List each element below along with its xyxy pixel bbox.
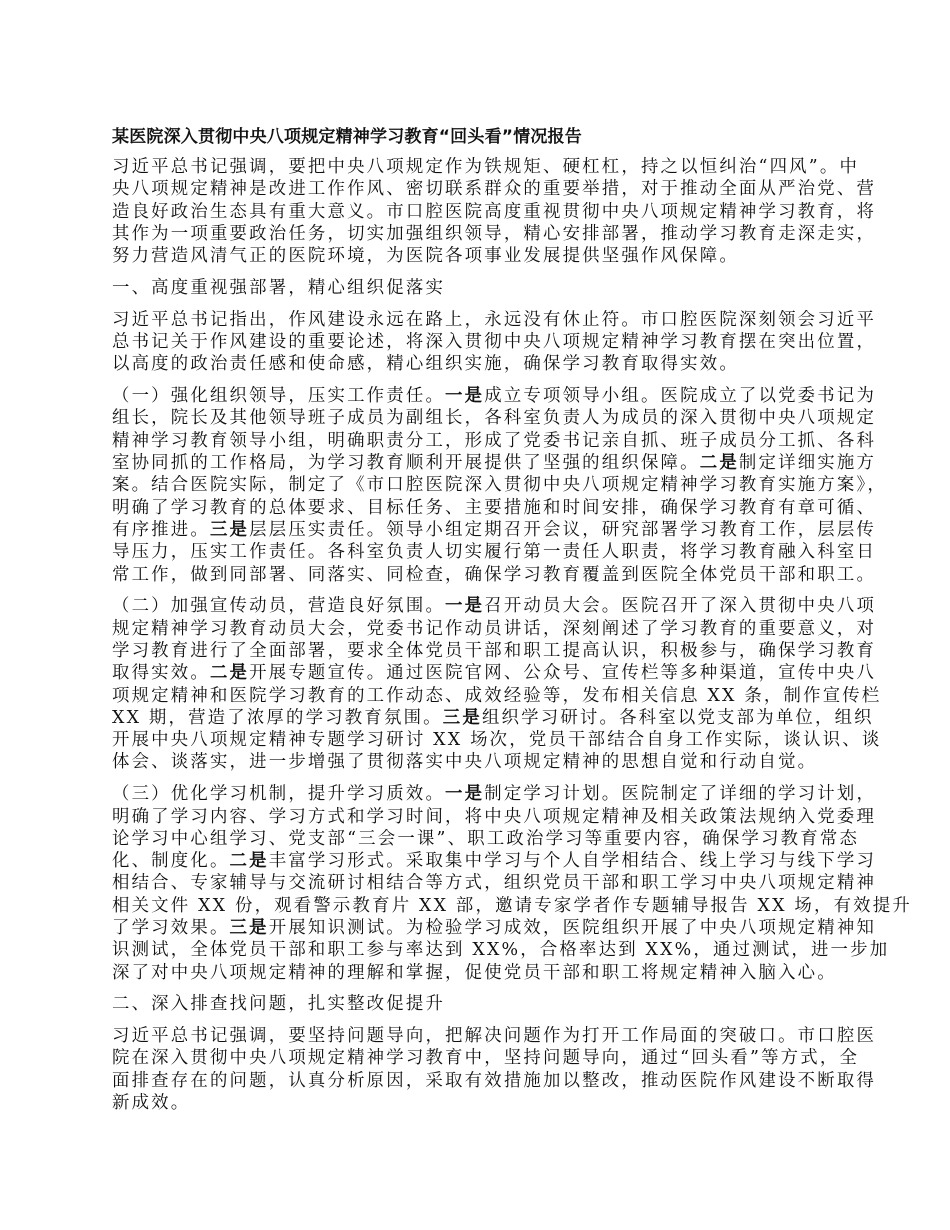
text-line: 相结合、专家辅导与交流研讨相结合等方式，组织党员干部和职工学习中央八项规定精神 xyxy=(112,872,842,894)
section-2-intro: 习近平总书记强调，要坚持问题导向，把解决问题作为打开工作局面的突破口。市口腔医 … xyxy=(112,1025,842,1114)
text-line: 精神学习教育领导小组，明确职责分工，形成了党委书记亲自抓、班子成员分工抓、各科 xyxy=(112,430,842,452)
text-line: 体会、谈落实，进一步增强了贯彻落实中央八项规定精神的思想自觉和行动自觉。 xyxy=(112,751,842,773)
text-line: 努力营造风清气正的医院环境，为医院各项事业发展提供坚强作风保障。 xyxy=(112,245,842,267)
text-line: 相关文件 XX 份，观看警示教育片 XX 部，邀请专家学者作专题辅导报告 XX … xyxy=(112,895,842,917)
text-line: 组长，院长及其他领导班子成员为副组长，各科室负责人为成员的深入贯彻中央八项规定 xyxy=(112,407,842,429)
bold-marker: 二是 xyxy=(700,453,739,473)
text-line: 有序推进。三是层层压实责任。领导小组定期召开会议，研究部署学习教育工作，层层传 xyxy=(112,519,842,541)
text-line: 论学习中心组学习、党支部“三会一课”、职工政治学习等重要内容，确保学习教育常态 xyxy=(112,828,842,850)
subsection-1-paragraph: （一）强化组织领导，压实工作责任。一是成立专项领导小组。医院成立了以党委书记为 … xyxy=(112,385,842,586)
text-line: （二）加强宣传动员，营造良好氛围。一是召开动员大会。医院召开了深入贯彻中央八项 xyxy=(112,595,842,617)
text-line: 项规定精神和医院学习教育的工作动态、成效经验等，发布相关信息 XX 条，制作宣传… xyxy=(112,685,842,707)
text-line: 新成效。 xyxy=(112,1092,842,1114)
text-line: 面排查存在的问题，认真分析原因，采取有效措施加以整改，推动医院作风建设不断取得 xyxy=(112,1070,842,1092)
bold-marker: 一是 xyxy=(445,784,484,804)
bold-marker: 三是 xyxy=(230,918,269,938)
text-line: 其作为一项重要政治任务，切实加强组织领导，精心安排部署，推动学习教育走深走实， xyxy=(112,223,842,245)
text-line: 明确了学习教育的总体要求、目标任务、主要措施和时间安排，确保学习教育有章可循、 xyxy=(112,497,842,519)
bold-marker: 一是 xyxy=(445,596,484,616)
text-line: XX 期，营造了浓厚的学习教育氛围。三是组织学习研讨。各科室以党支部为单位，组织 xyxy=(112,707,842,729)
text-line: 取得实效。二是开展专题宣传。通过医院官网、公众号、宣传栏等多种渠道，宣传中央八 xyxy=(112,662,842,684)
text-line: 识测试，全体党员干部和职工参与率达到 XX%，合格率达到 XX%，通过测试，进一… xyxy=(112,939,842,961)
bold-marker: 三是 xyxy=(210,520,249,540)
text-line: （三）优化学习机制，提升学习质效。一是制定学习计划。医院制定了详细的学习计划， xyxy=(112,783,842,805)
text-line: 化、制度化。二是丰富学习形式。采取集中学习与个人自学相结合、线上学习与线下学习 xyxy=(112,850,842,872)
text-line: 室协同抓的工作格局，为学习教育顺利开展提供了坚强的组织保障。二是制定详细实施方 xyxy=(112,452,842,474)
text-line: 了学习效果。三是开展知识测试。为检验学习成效，医院组织开展了中央八项规定精神知 xyxy=(112,917,842,939)
text-line: 案。结合医院实际，制定了《市口腔医院深入贯彻中央八项规定精神学习教育实施方案》， xyxy=(112,474,842,496)
section-1-intro: 习近平总书记指出，作风建设永远在路上，永远没有休止符。市口腔医院深刻领会习近平 … xyxy=(112,309,842,376)
text-line: 导压力，压实工作责任。各科室负责人切实履行第一责任人职责，将学习教育融入科室日 xyxy=(112,541,842,563)
text-line: 以高度的政治责任感和使命感，精心组织实施，确保学习教育取得实效。 xyxy=(112,353,842,375)
text-line: 开展中央八项规定精神专题学习研讨 XX 场次，党员干部结合自身工作实际，谈认识、… xyxy=(112,729,842,751)
text-line: 规定精神学习教育动员大会，党委书记作动员讲话，深刻阐述了学习教育的重要意义，对 xyxy=(112,618,842,640)
document-title: 某医院深入贯彻中央八项规定精神学习教育“回头看”情况报告 xyxy=(112,126,842,148)
text-line: 明确了学习内容、学习方式和学习时间，将中央八项规定精神及相关政策法规纳入党委理 xyxy=(112,806,842,828)
document-page: 某医院深入贯彻中央八项规定精神学习教育“回头看”情况报告 习近平总书记强调，要把… xyxy=(112,126,842,1124)
bold-marker: 二是 xyxy=(230,851,269,871)
bold-marker: 一是 xyxy=(445,386,484,406)
text-line: 造良好政治生态具有重大意义。市口腔医院高度重视贯彻中央八项规定精神学习教育，将 xyxy=(112,201,842,223)
text-line: 深了对中央八项规定精神的理解和掌握，促使党员干部和职工将规定精神入脑入心。 xyxy=(112,962,842,984)
bold-marker: 二是 xyxy=(210,663,249,683)
section-1-heading: 一、高度重视强部署，精心组织促落实 xyxy=(112,277,842,299)
section-2-heading: 二、深入排查找问题，扎实整改促提升 xyxy=(112,993,842,1015)
text-line: 院在深入贯彻中央八项规定精神学习教育中，坚持问题导向，通过“回头看”等方式，全 xyxy=(112,1047,842,1069)
text-line: （一）强化组织领导，压实工作责任。一是成立专项领导小组。医院成立了以党委书记为 xyxy=(112,385,842,407)
text-line: 总书记关于作风建设的重要论述，将深入贯彻中央八项规定精神学习教育摆在突出位置， xyxy=(112,331,842,353)
text-line: 央八项规定精神是改进工作作风、密切联系群众的重要举措，对于推动全面从严治党、营 xyxy=(112,178,842,200)
intro-paragraph: 习近平总书记强调，要把中央八项规定作为铁规矩、硬杠杠，持之以恒纠治“四风”。中 … xyxy=(112,156,842,267)
bold-marker: 三是 xyxy=(443,708,482,728)
text-line: 常工作，做到同部署、同落实、同检查，确保学习教育覆盖到医院全体党员干部和职工。 xyxy=(112,564,842,586)
text-line: 学习教育进行了全面部署，要求全体党员干部和职工提高认识，积极参与，确保学习教育 xyxy=(112,640,842,662)
text-line: 习近平总书记指出，作风建设永远在路上，永远没有休止符。市口腔医院深刻领会习近平 xyxy=(112,309,842,331)
subsection-3-paragraph: （三）优化学习机制，提升学习质效。一是制定学习计划。医院制定了详细的学习计划， … xyxy=(112,783,842,984)
text-line: 习近平总书记强调，要把中央八项规定作为铁规矩、硬杠杠，持之以恒纠治“四风”。中 xyxy=(112,156,842,178)
text-line: 习近平总书记强调，要坚持问题导向，把解决问题作为打开工作局面的突破口。市口腔医 xyxy=(112,1025,842,1047)
subsection-2-paragraph: （二）加强宣传动员，营造良好氛围。一是召开动员大会。医院召开了深入贯彻中央八项 … xyxy=(112,595,842,773)
